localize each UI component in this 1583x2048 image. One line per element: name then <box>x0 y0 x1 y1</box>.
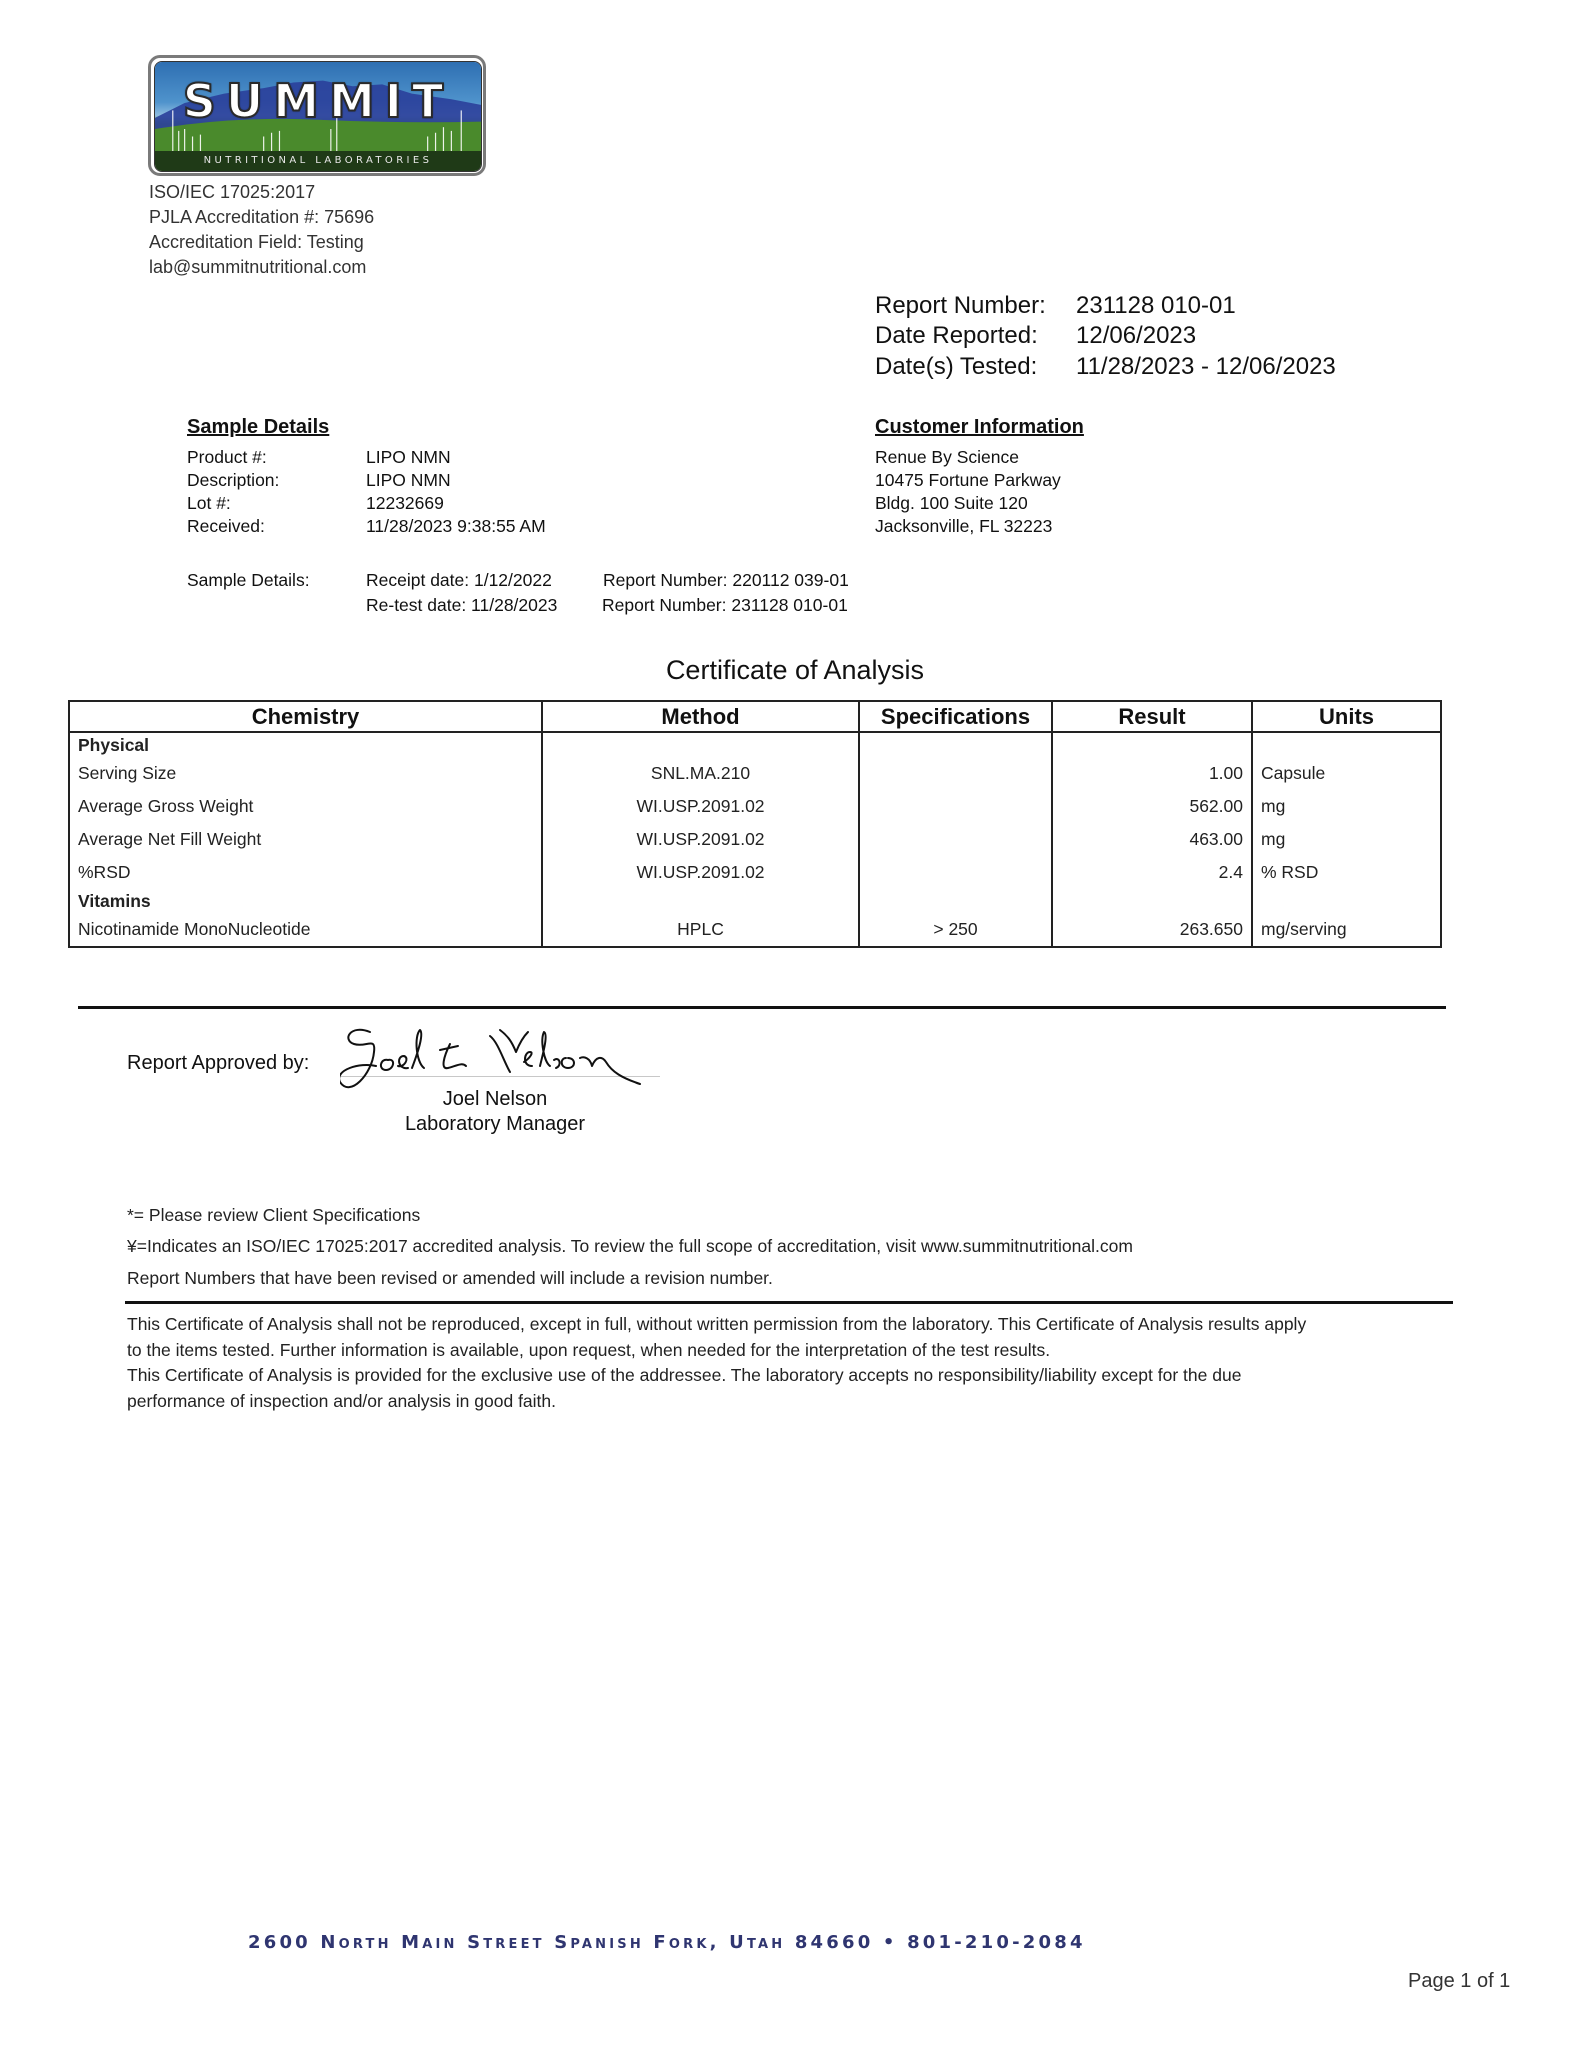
result-cell: 463.00 <box>1052 823 1252 856</box>
table-row: Serving SizeSNL.MA.2101.00Capsule <box>69 757 1441 790</box>
results-table: Chemistry Method Specifications Result U… <box>68 700 1442 948</box>
date-reported-label: Date Reported: <box>875 322 1038 350</box>
units-cell <box>1252 889 1441 913</box>
chemistry-cell: Average Gross Weight <box>69 790 542 823</box>
col-header-result: Result <box>1052 701 1252 732</box>
signer-title: Laboratory Manager <box>395 1113 595 1136</box>
result-cell: 2.4 <box>1052 856 1252 889</box>
lab-accreditation-field: Accreditation Field: Testing <box>149 232 364 253</box>
method-cell: WI.USP.2091.02 <box>542 856 859 889</box>
table-row: Nicotinamide MonoNucleotideHPLC> 250263.… <box>69 913 1441 947</box>
col-header-specifications: Specifications <box>859 701 1052 732</box>
col-header-units: Units <box>1252 701 1441 732</box>
method-cell: WI.USP.2091.02 <box>542 790 859 823</box>
table-row: Average Net Fill WeightWI.USP.2091.02463… <box>69 823 1441 856</box>
footer-address: 2600 North Main Street Spanish Fork, Uta… <box>248 1932 1086 1953</box>
units-cell: mg <box>1252 790 1441 823</box>
disclaimer-divider <box>125 1301 1453 1304</box>
units-cell: mg <box>1252 823 1441 856</box>
description-value: LIPO NMN <box>366 470 451 491</box>
result-cell: 562.00 <box>1052 790 1252 823</box>
summit-logo: SUMMIT NUTRITIONAL LABORATORIES <box>148 55 486 176</box>
signer-name: Joel Nelson <box>395 1088 595 1111</box>
note-revisions: Report Numbers that have been revised or… <box>127 1268 773 1289</box>
units-cell: % RSD <box>1252 856 1441 889</box>
dates-tested: 11/28/2023 - 12/06/2023 <box>1076 353 1336 381</box>
disclaimer-line-4: performance of inspection and/or analysi… <box>127 1391 556 1412</box>
lot-number-value: 12232669 <box>366 493 444 514</box>
product-number-label: Product #: <box>187 447 267 468</box>
retest-report-number: Report Number: 231128 010-01 <box>602 595 848 616</box>
chemistry-cell: %RSD <box>69 856 542 889</box>
product-number-value: LIPO NMN <box>366 447 451 468</box>
lab-accreditation-number: PJLA Accreditation #: 75696 <box>149 207 374 228</box>
customer-city: Jacksonville, FL 32223 <box>875 516 1052 537</box>
method-cell <box>542 889 859 913</box>
method-cell: SNL.MA.210 <box>542 757 859 790</box>
retest-date: Re-test date: 11/28/2023 <box>366 595 557 616</box>
units-cell: mg/serving <box>1252 913 1441 947</box>
specification-cell <box>859 790 1052 823</box>
result-cell: 263.650 <box>1052 913 1252 947</box>
units-cell <box>1252 732 1441 757</box>
customer-street: 10475 Fortune Parkway <box>875 470 1061 491</box>
page-number: Page 1 of 1 <box>1408 1970 1510 1993</box>
disclaimer-line-3: This Certificate of Analysis is provided… <box>127 1365 1241 1386</box>
note-accreditation: ¥=Indicates an ISO/IEC 17025:2017 accred… <box>127 1236 1133 1257</box>
receipt-date: Receipt date: 1/12/2022 <box>366 570 552 591</box>
lot-number-label: Lot #: <box>187 493 231 514</box>
note-client-specs: *= Please review Client Specifications <box>127 1205 420 1226</box>
table-row: %RSDWI.USP.2091.022.4% RSD <box>69 856 1441 889</box>
dates-tested-label: Date(s) Tested: <box>875 353 1037 381</box>
customer-suite: Bldg. 100 Suite 120 <box>875 493 1028 514</box>
date-reported: 12/06/2023 <box>1076 322 1196 350</box>
chemistry-cell: Physical <box>69 732 542 757</box>
chemistry-cell: Average Net Fill Weight <box>69 823 542 856</box>
col-header-chemistry: Chemistry <box>69 701 542 732</box>
specification-cell <box>859 856 1052 889</box>
method-cell: HPLC <box>542 913 859 947</box>
disclaimer-line-1: This Certificate of Analysis shall not b… <box>127 1314 1306 1335</box>
table-row: Average Gross WeightWI.USP.2091.02562.00… <box>69 790 1441 823</box>
chemistry-cell: Nicotinamide MonoNucleotide <box>69 913 542 947</box>
approved-by-label: Report Approved by: <box>127 1052 309 1075</box>
result-cell <box>1052 732 1252 757</box>
specification-cell <box>859 757 1052 790</box>
lab-accreditation-standard: ISO/IEC 17025:2017 <box>149 182 315 203</box>
specification-cell: > 250 <box>859 913 1052 947</box>
specification-cell <box>859 889 1052 913</box>
col-header-method: Method <box>542 701 859 732</box>
units-cell: Capsule <box>1252 757 1441 790</box>
certificate-title: Certificate of Analysis <box>0 655 1583 686</box>
report-number: 231128 010-01 <box>1076 292 1236 320</box>
report-number-label: Report Number: <box>875 292 1046 320</box>
table-category-row: Physical <box>69 732 1441 757</box>
logo-tagline: NUTRITIONAL LABORATORIES <box>155 151 481 171</box>
specification-cell <box>859 732 1052 757</box>
result-cell <box>1052 889 1252 913</box>
section-divider <box>78 1006 1446 1009</box>
table-header-row: Chemistry Method Specifications Result U… <box>69 701 1441 732</box>
result-cell: 1.00 <box>1052 757 1252 790</box>
customer-name: Renue By Science <box>875 447 1019 468</box>
received-value: 11/28/2023 9:38:55 AM <box>366 516 546 537</box>
table-category-row: Vitamins <box>69 889 1441 913</box>
chemistry-cell: Vitamins <box>69 889 542 913</box>
logo-wordmark: SUMMIT <box>155 74 481 128</box>
specification-cell <box>859 823 1052 856</box>
method-cell <box>542 732 859 757</box>
method-cell: WI.USP.2091.02 <box>542 823 859 856</box>
lab-email: lab@summitnutritional.com <box>149 257 366 278</box>
chemistry-cell: Serving Size <box>69 757 542 790</box>
description-label: Description: <box>187 470 279 491</box>
sample-details-extra-label: Sample Details: <box>187 570 310 591</box>
sample-details-heading: Sample Details <box>187 416 329 439</box>
disclaimer-line-2: to the items tested. Further information… <box>127 1340 1050 1361</box>
original-report-number: Report Number: 220112 039-01 <box>603 570 849 591</box>
customer-info-heading: Customer Information <box>875 416 1084 439</box>
received-label: Received: <box>187 516 265 537</box>
